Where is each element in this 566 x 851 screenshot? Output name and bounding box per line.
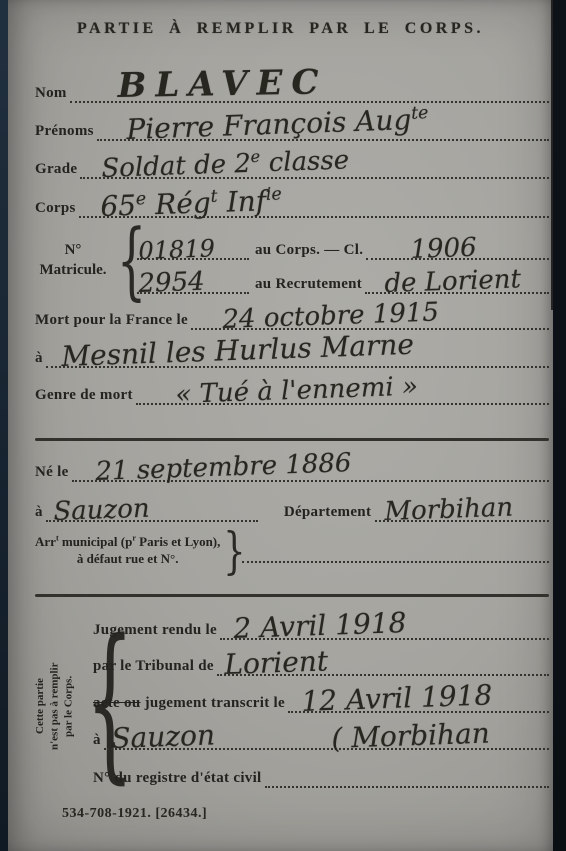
section-divider-1 [35,438,549,441]
mort-lieu-label: à [35,350,46,368]
field-row-transcrit-lieu: à Sauzon ( Morbihan [93,726,549,750]
matricule-recrutement-row: 2954 au Recrutement de Lorient [137,260,549,294]
jugement-label: Jugement rendu le [93,622,220,640]
field-row-transcrit: acte ou jugement transcrit le 12 Avril 1… [93,689,549,713]
field-row-grade: Grade Soldat de 2e classe [35,155,549,179]
side-note-line1: Cette partie [34,678,46,734]
departement-label: Département [258,504,375,522]
transcrit-handwritten-value: 12 Avril 1918 [301,678,493,718]
section-divider-2 [35,594,549,597]
printer-imprint: 534-708-1921. [26434.] [62,806,207,822]
arr-municipal-label: Arrt municipal (pr Paris et Lyon), à déf… [35,534,220,568]
transcrit-lieu-label: à [93,732,104,750]
scan-right-dark-edge [553,0,566,851]
field-row-mort-lieu: à Mesnil les Hurlus Marne [35,344,549,368]
field-row-ne-lieu: à Sauzon Département Morbihan [35,498,549,522]
matricule-corps-row: 01819 au Corps. — Cl. 1906 [137,226,549,260]
tribunal-label: par le Tribunal de [93,658,217,676]
ne-lieu-handwritten-value: Sauzon [53,494,150,527]
corps-line: 65e Régt Infie [79,192,549,218]
tribunal-line: Lorient [217,650,549,676]
field-row-tribunal: par le Tribunal de Lorient [93,652,549,676]
field-row-nom: Nom BLAVEC [35,79,549,103]
field-row-jugement: Jugement rendu le 2 Avril 1918 [93,616,549,640]
field-row-prenoms: Prénoms Pierre François Augte [35,117,549,141]
matricule-lines: 01819 au Corps. — Cl. 1906 2954 au Recru… [137,226,549,294]
genre-mort-line: « Tué à l'ennemi » [136,379,549,405]
matricule-block: N° Matricule. { 01819 au Corps. — Cl. 19… [35,226,549,294]
mort-le-label: Mort pour la France le [35,312,191,330]
arr-municipal-block: Arrt municipal (pr Paris et Lyon), à déf… [35,530,549,572]
prenoms-line: Pierre François Augte [97,115,549,141]
arr-municipal-label-line1: Arrt municipal (pr Paris et Lyon), [35,534,220,551]
departement-handwritten-value: Morbihan [384,493,514,527]
ne-le-line: 21 septembre 1886 [72,456,549,482]
transcrit-lieu-line: Sauzon ( Morbihan [104,724,549,750]
scanned-military-death-record: { "document": { "title": "PARTIE À REMPL… [0,0,566,851]
arr-municipal-line [242,541,549,563]
matricule-brace: { [117,228,131,292]
prenoms-label: Prénoms [35,123,97,141]
grade-label: Grade [35,161,80,179]
nom-line: BLAVEC [70,77,549,103]
page-fold-line [551,0,553,310]
transcrit-departement-handwritten-value: ( Morbihan [331,716,490,755]
recrutement-handwritten-value: de Lorient [384,264,522,299]
grade-handwritten-value: Soldat de 2e classe [101,145,350,184]
side-note-rotated: Cette partie n'est pas à remplir par le … [33,622,79,790]
au-recrutement-label: au Recrutement [249,276,365,294]
scan-left-dark-edge [0,0,8,851]
registre-line [265,762,549,788]
ne-le-handwritten-value: 21 septembre 1886 [95,448,352,487]
field-row-mort-le: Mort pour la France le 24 octobre 1915 [35,306,549,330]
matricule-recrutement-line: 2954 [137,258,249,294]
arr-municipal-label-line2: à défaut rue et N°. [35,551,220,568]
mort-lieu-line: Mesnil les Hurlus Marne [46,342,549,368]
recrutement-line: de Lorient [365,258,549,294]
mort-le-line: 24 octobre 1915 [191,304,549,330]
judicial-section: Cette partie n'est pas à remplir par le … [35,608,549,808]
transcrit-line: 12 Avril 1918 [288,687,549,713]
matricule-label-bottom: Matricule. [35,260,111,280]
departement-line: Morbihan [375,496,549,522]
form-paper: PARTIE À REMPLIR PAR LE CORPS. Nom BLAVE… [8,0,553,851]
jugement-handwritten-value: 2 Avril 1918 [233,606,407,645]
tribunal-handwritten-value: Lorient [224,644,329,681]
classe-line: 1906 [366,224,549,260]
matricule-corps-line: 01819 [137,224,249,260]
registre-label: N° du registre d'état civil [93,770,265,788]
nom-label: Nom [35,85,70,103]
matricule-recrutement-number: 2954 [138,267,205,299]
ne-le-label: Né le [35,464,72,482]
side-note-line3: par le Corps. [63,675,75,736]
field-row-registre: N° du registre d'état civil [93,764,549,788]
side-note-line2: n'est pas à remplir [48,662,60,750]
au-corps-label: au Corps. — Cl. [249,242,366,260]
form-title: PARTIE À REMPLIR PAR LE CORPS. [8,20,553,38]
prenoms-handwritten-value: Pierre François Augte [126,102,429,146]
transcrit-label: acte ou jugement transcrit le [93,695,288,713]
grade-line: Soldat de 2e classe [80,153,549,179]
ne-lieu-line: Sauzon [46,496,258,522]
matricule-label: N° Matricule. [35,240,111,281]
arr-municipal-brace: } [224,530,239,572]
field-row-ne-le: Né le 21 septembre 1886 [35,458,549,482]
genre-mort-label: Genre de mort [35,387,136,405]
matricule-label-top: N° [35,240,111,260]
nom-handwritten-value: BLAVEC [117,62,328,106]
genre-mort-handwritten-value: « Tué à l'ennemi » [175,372,418,410]
corps-label: Corps [35,200,79,218]
field-row-genre-mort: Genre de mort « Tué à l'ennemi » [35,381,549,405]
transcrit-lieu-handwritten-value: Sauzon [111,718,216,755]
jugement-line: 2 Avril 1918 [220,614,549,640]
ne-lieu-label: à [35,504,46,522]
mort-lieu-handwritten-value: Mesnil les Hurlus Marne [61,328,415,373]
field-row-corps: Corps 65e Régt Infie [35,194,549,218]
